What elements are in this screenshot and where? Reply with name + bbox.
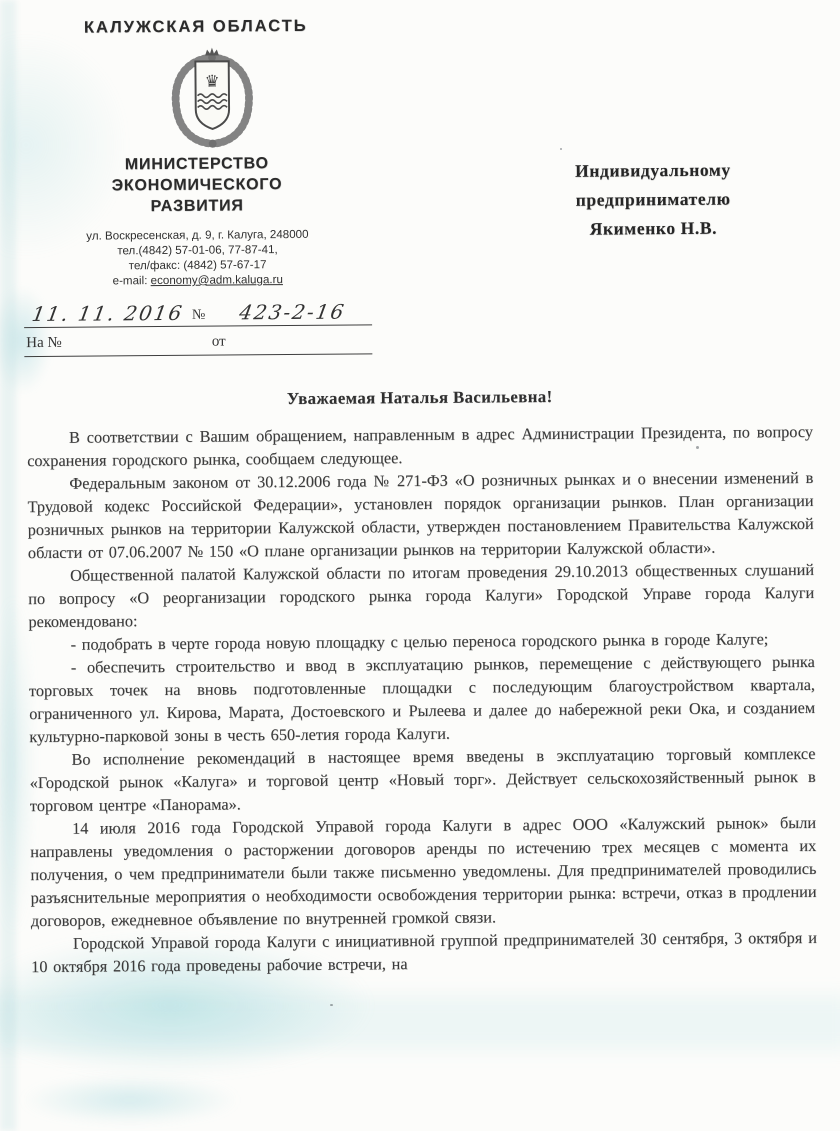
date-number-row: 11. 11. 2016 № 423-2-16 bbox=[24, 299, 372, 328]
handwritten-outgoing-number: 423-2-16 bbox=[209, 299, 376, 324]
paragraph-bullet: - обеспечить строительство и ввод в эксп… bbox=[29, 650, 816, 748]
ministry-line: РАЗВИТИЯ bbox=[23, 194, 371, 218]
reference-row: На № от bbox=[24, 332, 372, 357]
recipient-block: Индивидуальному предпринимателю Якименко… bbox=[483, 155, 824, 245]
paragraph: В соответствии с Вашим обращением, напра… bbox=[27, 420, 813, 472]
ministry-title: МИНИСТЕРСТВО ЭКОНОМИЧЕСКОГО РАЗВИТИЯ bbox=[23, 152, 371, 218]
number-sign-label: № bbox=[192, 308, 209, 325]
recipient-line: Индивидуальному bbox=[483, 155, 823, 187]
recipient-line: предпринимателю bbox=[483, 184, 823, 216]
email-address: economy@adm.kaluga.ru bbox=[151, 273, 283, 287]
reference-na-label: На № bbox=[24, 335, 62, 352]
recipient-name: Якименко Н.В. bbox=[483, 213, 823, 245]
paragraph: Федеральным законом от 30.12.2006 года №… bbox=[27, 466, 814, 564]
paragraph: 14 июля 2016 года Городской Управой горо… bbox=[30, 811, 817, 932]
region-title: КАЛУЖСКАЯ ОБЛАСТЬ bbox=[22, 16, 370, 38]
kaluga-coat-of-arms-icon: ♛ bbox=[163, 45, 262, 150]
reference-ot-label: от bbox=[212, 334, 226, 351]
address-block: ул. Воскресенская, д. 9, г. Калуга, 2480… bbox=[23, 226, 371, 289]
scanned-letter-page: КАЛУЖСКАЯ ОБЛАСТЬ ♛ МИНИСТЕРСТВО ЭКОНОМИ… bbox=[0, 0, 840, 1131]
ministry-line: МИНИСТЕРСТВО bbox=[23, 152, 371, 176]
paragraph: Городской Управой города Калуги с инициа… bbox=[31, 926, 817, 978]
paragraph: Общественной палатой Калужской области п… bbox=[28, 558, 815, 633]
svg-text:♛: ♛ bbox=[205, 72, 220, 91]
email-label: e-mail: bbox=[113, 274, 148, 287]
paragraph: Во исполнение рекомендаций в настоящее в… bbox=[29, 742, 816, 817]
letterhead: КАЛУЖСКАЯ ОБЛАСТЬ ♛ МИНИСТЕРСТВО ЭКОНОМИ… bbox=[22, 16, 373, 357]
letter-body: Уважаемая Наталья Васильевна! В соответс… bbox=[27, 385, 818, 978]
ministry-line: ЭКОНОМИЧЕСКОГО bbox=[23, 173, 371, 197]
handwritten-date: 11. 11. 2016 bbox=[24, 301, 196, 326]
reference-blank bbox=[62, 351, 212, 352]
reference-blank bbox=[226, 349, 373, 350]
salutation: Уважаемая Наталья Васильевна! bbox=[27, 385, 813, 411]
address-email-line: e-mail: economy@adm.kaluga.ru bbox=[24, 271, 372, 289]
